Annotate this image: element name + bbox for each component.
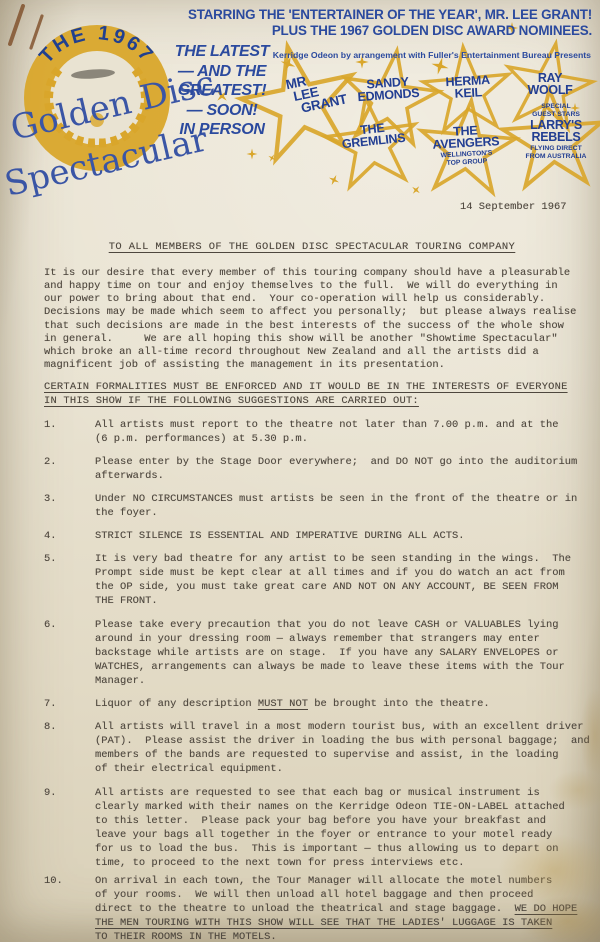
item-number: 10. bbox=[44, 874, 95, 942]
artist-larrys-rebels: SPECIALGUEST STARSLARRY'SREBELSFLYING DI… bbox=[517, 103, 595, 160]
item-line: members of the bands are requested to su… bbox=[95, 748, 590, 762]
list-item: 9.All artists are requested to see that … bbox=[44, 786, 580, 871]
item-line: clearly marked with their names on the K… bbox=[95, 800, 580, 814]
item-line: Please enter by the Stage Door everywher… bbox=[95, 455, 580, 469]
item-line: direct to the theatre to unload the thea… bbox=[95, 902, 580, 916]
item-number: 2. bbox=[44, 455, 95, 483]
item-line: TO THEIR ROOMS IN THE MOTELS. bbox=[95, 930, 580, 942]
item-line: Liquor of any description MUST NOT be br… bbox=[95, 697, 580, 711]
tagline-line: GREATEST! bbox=[167, 81, 277, 101]
tagline: THE LATEST— AND THEGREATEST!— SOON!IN PE… bbox=[167, 42, 277, 140]
intro-line: Decisions may be made which seem to affe… bbox=[44, 306, 580, 319]
item-line: afterwards. bbox=[95, 469, 580, 483]
tagline-line: THE LATEST bbox=[167, 42, 277, 62]
formalities-heading: CERTAIN FORMALITIES MUST BE ENFORCED AND… bbox=[44, 381, 580, 409]
item-body: Please enter by the Stage Door everywher… bbox=[95, 455, 580, 483]
list-item: 3.Under NO CIRCUMSTANCES must artists be… bbox=[44, 492, 580, 520]
item-number: 3. bbox=[44, 492, 95, 520]
item-line: to this letter. Please pack your bag bef… bbox=[95, 814, 580, 828]
intro-line: which broke an all-time record throughou… bbox=[44, 346, 580, 359]
item-body: It is very bad theatre for any artist to… bbox=[95, 552, 580, 608]
list-item: 2.Please enter by the Stage Door everywh… bbox=[44, 455, 580, 483]
item-line: leave your bags all together in the foye… bbox=[95, 828, 580, 842]
item-line: around in your dressing room — always re… bbox=[95, 632, 580, 646]
list-item: 6.Please take every precaution that you … bbox=[44, 618, 580, 688]
item-line: of their electrical equipment. bbox=[95, 762, 590, 776]
item-line: Please take every precaution that you do… bbox=[95, 618, 580, 632]
artist-text-line: GUEST STARS bbox=[517, 111, 595, 119]
item-line: THE MEN TOURING WITH THIS SHOW WILL SEE … bbox=[95, 916, 580, 930]
item-line: the foyer. bbox=[95, 506, 580, 520]
artist-text-line: FLYING DIRECT bbox=[517, 145, 595, 153]
item-line: STRICT SILENCE IS ESSENTIAL AND IMPERATI… bbox=[95, 529, 580, 543]
item-body: STRICT SILENCE IS ESSENTIAL AND IMPERATI… bbox=[95, 529, 580, 543]
starring-line1: STARRING THE 'ENTERTAINER OF THE YEAR', … bbox=[162, 7, 592, 23]
starring-banner: STARRING THE 'ENTERTAINER OF THE YEAR', … bbox=[162, 7, 592, 38]
item-line: Under NO CIRCUMSTANCES must artists be s… bbox=[95, 492, 580, 506]
list-item: 1.All artists must report to the theatre… bbox=[44, 418, 580, 446]
intro-line: our power to bring about that end. Your … bbox=[44, 293, 580, 306]
item-line: All artists must report to the theatre n… bbox=[95, 418, 580, 432]
item-line: (PAT). Please assist the driver in loadi… bbox=[95, 734, 590, 748]
list-item: 10.On arrival in each town, the Tour Man… bbox=[44, 874, 580, 942]
item-line: On arrival in each town, the Tour Manage… bbox=[95, 874, 580, 888]
rules-list: 1.All artists must report to the theatre… bbox=[44, 418, 580, 942]
intro-paragraph: It is our desire that every member of th… bbox=[44, 267, 580, 372]
artist-text-line: FROM AUSTRALIA bbox=[517, 153, 595, 161]
intro-line: magnificent job of assisting the managem… bbox=[44, 359, 580, 372]
item-line: Manager. bbox=[95, 674, 580, 688]
artist-ray-woolf: RAYWOOLF bbox=[517, 71, 583, 98]
intro-line: and happy time on tour and enjoy themsel… bbox=[44, 280, 580, 293]
item-number: 5. bbox=[44, 552, 95, 608]
tagline-line: — AND THE bbox=[167, 62, 277, 82]
item-line: for us to load the bus. This is importan… bbox=[95, 842, 580, 856]
item-line: All artists will travel in a most modern… bbox=[95, 720, 590, 734]
item-body: Under NO CIRCUMSTANCES must artists be s… bbox=[95, 492, 580, 520]
item-line: WATCHES, arrangements can always be made… bbox=[95, 660, 580, 674]
item-body: All artists must report to the theatre n… bbox=[95, 418, 580, 446]
item-line: THE FRONT. bbox=[95, 594, 580, 608]
item-line: the OP side, you must take great care AN… bbox=[95, 580, 580, 594]
item-line: (6 p.m. performances) at 5.30 p.m. bbox=[95, 432, 580, 446]
item-line: Prompt side must be kept clear at all ti… bbox=[95, 566, 580, 580]
artist-text-line: REBELS bbox=[517, 132, 595, 144]
list-item: 8.All artists will travel in a most mode… bbox=[44, 720, 580, 776]
tagline-line: IN PERSON bbox=[167, 120, 277, 140]
item-number: 7. bbox=[44, 697, 95, 711]
item-line: time, to proceed to the next town for pr… bbox=[95, 856, 580, 870]
item-line: backstage while artists are on stage. If… bbox=[95, 646, 580, 660]
tagline-line: — SOON! bbox=[167, 101, 277, 121]
artist-the-avengers: THEAVENGERSWELLINGTON'STOP GROUP bbox=[428, 122, 504, 168]
letter-date: 14 September 1967 bbox=[460, 200, 580, 214]
heading-line: IN THIS SHOW IF THE FOLLOWING SUGGESTION… bbox=[44, 395, 580, 409]
presenter-line: Kerridge Odeon by arrangement with Fulle… bbox=[261, 50, 591, 60]
artist-text-line: WOOLF bbox=[517, 85, 583, 97]
item-number: 9. bbox=[44, 786, 95, 871]
pen-marks bbox=[10, 6, 42, 48]
heading-line: CERTAIN FORMALITIES MUST BE ENFORCED AND… bbox=[44, 381, 580, 395]
list-item: 7.Liquor of any description MUST NOT be … bbox=[44, 697, 580, 711]
item-line: of your rooms. We will then unload all h… bbox=[95, 888, 580, 902]
poster-header: THE 1967 Golden Disc Spectacular bbox=[0, 0, 600, 200]
item-number: 4. bbox=[44, 529, 95, 543]
item-number: 1. bbox=[44, 418, 95, 446]
list-item: 5.It is very bad theatre for any artist … bbox=[44, 552, 580, 608]
intro-line: in general. We are all hoping this show … bbox=[44, 333, 580, 346]
typed-letter: 14 September 1967 TO ALL MEMBERS OF THE … bbox=[44, 200, 580, 942]
item-number: 6. bbox=[44, 618, 95, 688]
item-body: Please take every precaution that you do… bbox=[95, 618, 580, 688]
item-line: It is very bad theatre for any artist to… bbox=[95, 552, 580, 566]
item-body: Liquor of any description MUST NOT be br… bbox=[95, 697, 580, 711]
letter-title: TO ALL MEMBERS OF THE GOLDEN DISC SPECTA… bbox=[44, 240, 580, 254]
artist-text-line: SPECIAL bbox=[517, 103, 595, 111]
scanned-letter-page: THE 1967 Golden Disc Spectacular bbox=[0, 0, 600, 942]
intro-line: that such decisions are made in the best… bbox=[44, 320, 580, 333]
artist-text-line: EDMONDS bbox=[351, 87, 426, 104]
intro-line: It is our desire that every member of th… bbox=[44, 267, 580, 280]
artist-herma-keil: HERMAKEIL bbox=[435, 72, 500, 102]
starring-line2: PLUS THE 1967 GOLDEN DISC AWARD NOMINEES… bbox=[162, 23, 592, 39]
item-number: 8. bbox=[44, 720, 95, 776]
item-body: All artists will travel in a most modern… bbox=[95, 720, 590, 776]
artist-sandy-edmonds: SANDYEDMONDS bbox=[350, 73, 426, 105]
item-body: All artists are requested to see that ea… bbox=[95, 786, 580, 871]
item-body: On arrival in each town, the Tour Manage… bbox=[95, 874, 580, 942]
list-item: 4.STRICT SILENCE IS ESSENTIAL AND IMPERA… bbox=[44, 529, 580, 543]
item-line: All artists are requested to see that ea… bbox=[95, 786, 580, 800]
